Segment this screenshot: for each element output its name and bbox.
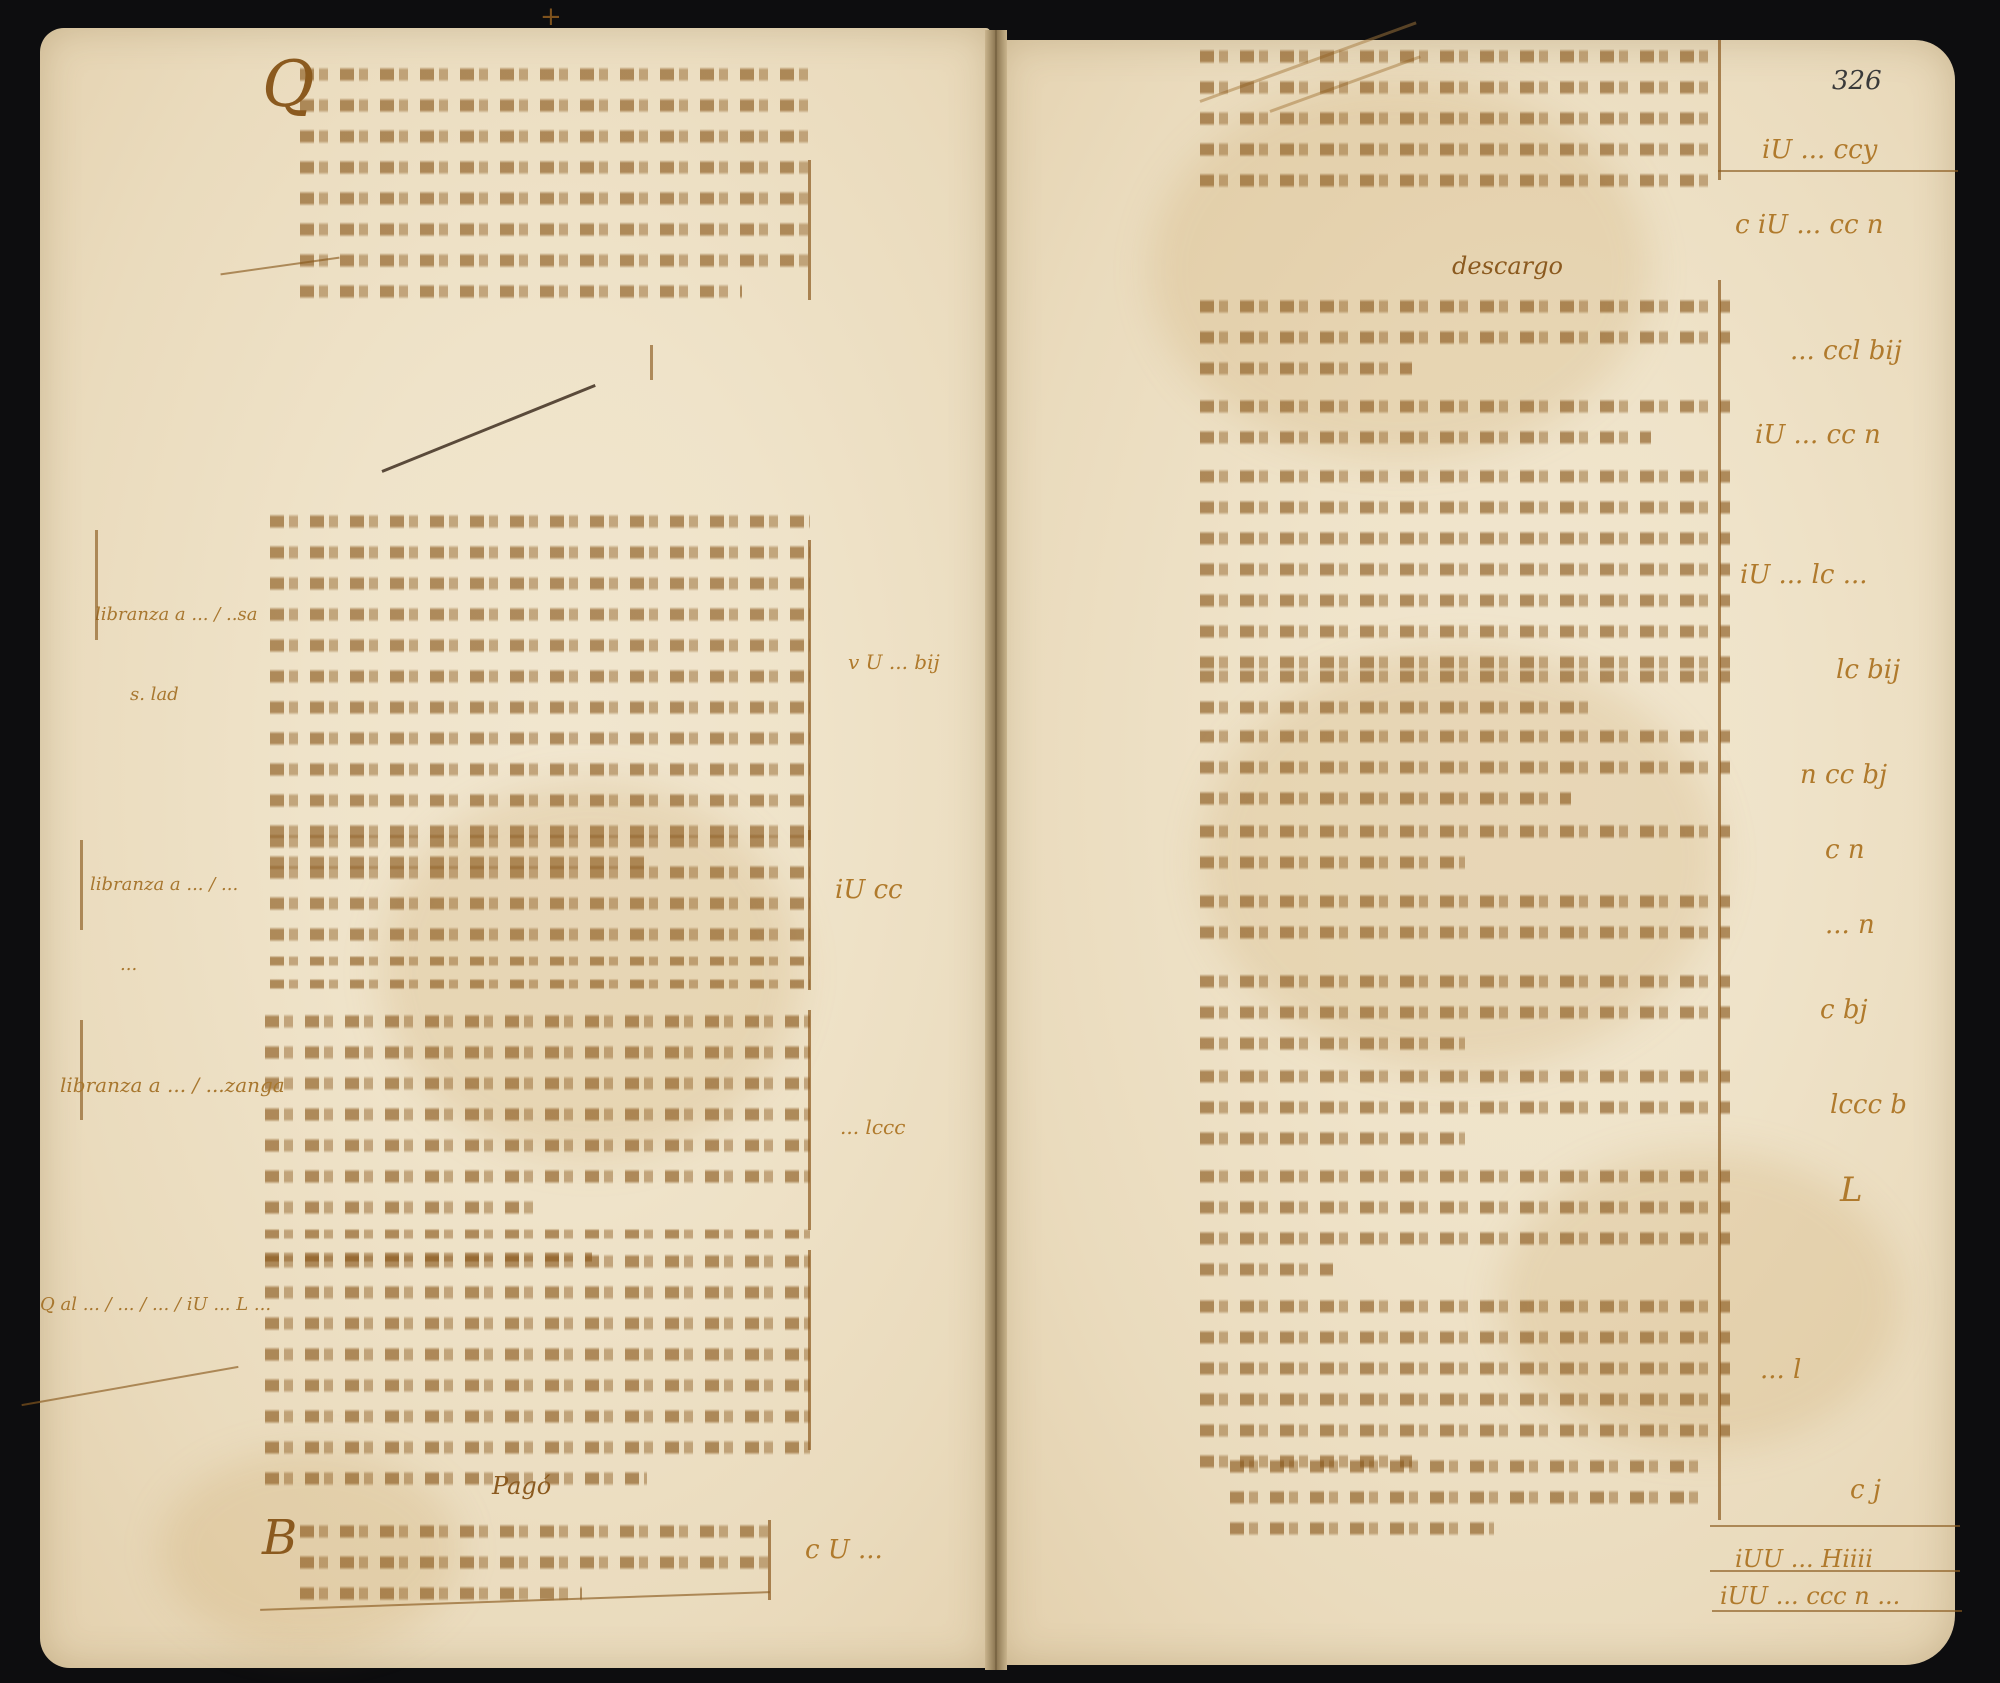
margin-note: libranza a ... / ..sa <box>95 600 257 630</box>
entry-sum: c bj <box>1820 995 1868 1025</box>
ledger-entry <box>1200 290 1730 383</box>
ledger-entry <box>1200 720 1730 813</box>
ledger-entry <box>1200 885 1730 947</box>
totals-rule <box>1710 1570 1960 1572</box>
margin-note: s. lad <box>130 680 179 710</box>
entry-sum: iU ... lc ... <box>1740 560 1868 590</box>
entry-bracket <box>808 160 811 300</box>
entry-bracket <box>808 1010 811 1230</box>
entry-sum: c iU ... cc n <box>1735 210 1884 240</box>
entry-bracket <box>808 540 811 840</box>
ledger-entry <box>1200 815 1730 877</box>
ledger-entry <box>1230 1450 1710 1543</box>
entry-sum: L <box>1840 1170 1863 1210</box>
entry-sum: iU ... ccy <box>1762 135 1877 165</box>
opening-entry <box>300 58 820 306</box>
section-heading: descargo <box>1452 252 1563 280</box>
entry-sum: iU cc <box>835 875 903 905</box>
ledger-entry <box>1200 1290 1730 1476</box>
margin-rule <box>650 345 653 380</box>
entry-sum: iU ... cc n <box>1755 420 1881 450</box>
total-line: iUU ... ccc n ... <box>1720 1582 1900 1610</box>
book-gutter <box>985 30 1007 1670</box>
margin-rule <box>80 840 83 930</box>
entry-sum: c U ... <box>805 1535 883 1565</box>
entry-bracket <box>808 1250 811 1450</box>
totals-rule <box>1712 1610 1962 1612</box>
ledger-entry <box>270 825 810 995</box>
folio-number: 326 <box>1832 66 1882 96</box>
ledger-entry <box>1200 660 1730 722</box>
margin-note: libranza a ... / ...zanga <box>60 1070 285 1100</box>
cross-mark: + <box>540 2 563 32</box>
ledger-entry <box>1200 390 1730 452</box>
entry-sum: lc bij <box>1836 655 1900 685</box>
ledger-entry <box>1200 1160 1730 1284</box>
margin-note: ... <box>120 950 137 980</box>
entry-sum: ... lccc <box>840 1115 905 1139</box>
ledger-entry <box>1200 965 1730 1058</box>
entry-sum: n cc bj <box>1800 760 1887 790</box>
entry-sum: ... ccl bij <box>1790 336 1902 366</box>
entry-bracket <box>768 1520 771 1600</box>
entry-sum: v U ... bij <box>848 650 940 674</box>
closing-heading: Pagó <box>492 1472 551 1500</box>
ledger-entry <box>265 1005 810 1268</box>
total-line: iUU ... Hiiii <box>1735 1545 1873 1573</box>
entry-sum: c n <box>1825 835 1865 865</box>
margin-rule <box>95 530 98 640</box>
decorated-initial: B <box>262 1510 297 1566</box>
ledger-entry <box>270 505 810 877</box>
entry-sum: ... n <box>1825 910 1875 940</box>
totals-rule <box>1710 1525 1960 1527</box>
ledger-entry <box>265 1245 810 1493</box>
margin-note: Q al ... / ... / ... / iU ... L ... <box>40 1290 271 1320</box>
margin-note: libranza a ... / ... <box>90 870 238 900</box>
sum-column-divider <box>1718 280 1721 1520</box>
opening-entry <box>1200 40 1710 195</box>
sum-rule <box>1718 170 1958 172</box>
entry-sum: c j <box>1850 1475 1881 1505</box>
entry-sum: lccc b <box>1830 1090 1907 1120</box>
ledger-entry <box>1200 460 1730 677</box>
entry-sum: ... l <box>1760 1355 1801 1385</box>
ledger-entry <box>1200 1060 1730 1153</box>
entry-bracket <box>808 830 811 990</box>
entry-bracket <box>1718 40 1721 180</box>
